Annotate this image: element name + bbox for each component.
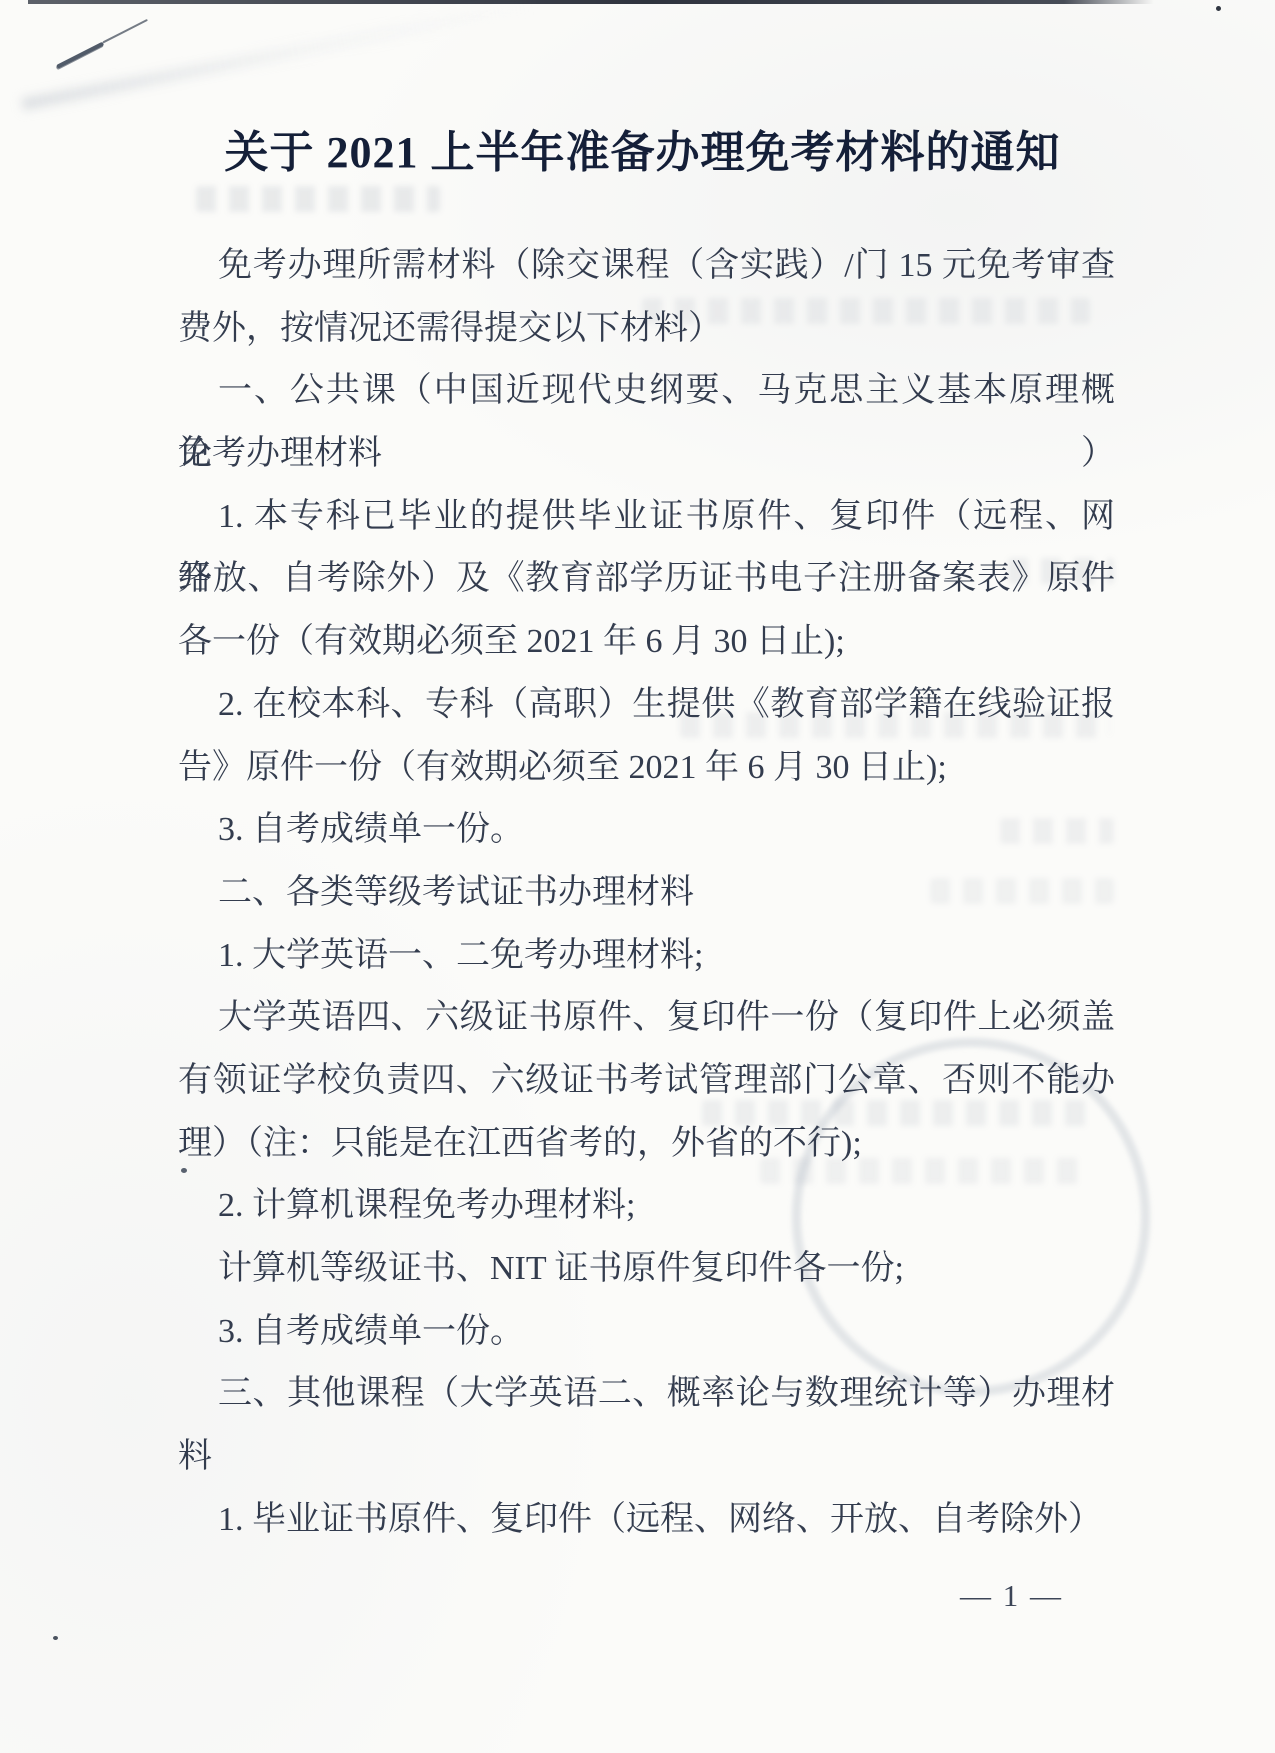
document-line: 1. 本专科已毕业的提供毕业证书原件、复印件（远程、网络、: [178, 486, 1115, 549]
scan-edge-artifact: [28, 0, 1154, 4]
document-line: 三、其他课程（大学英语二、概率论与数理统计等）办理材: [178, 1363, 1115, 1426]
document-line: 理）（注：只能是在江西省考的，外省的不行);: [178, 1113, 1115, 1176]
document-line: 二、各类等级考试证书办理材料: [178, 862, 1115, 925]
document-line: 2. 计算机课程免考办理材料;: [178, 1175, 1115, 1238]
document-line: 料: [178, 1426, 1115, 1489]
document-line: 一、公共课（中国近现代史纲要、马克思主义基本原理概论）: [178, 360, 1115, 423]
document-line: 开放、自考除外）及《教育部学历证书电子注册备案表》原件: [178, 548, 1115, 611]
page-number: — 1 —: [960, 1578, 1063, 1614]
document-line: 1. 大学英语一、二免考办理材料;: [178, 925, 1115, 988]
document-line: 各一份（有效期必须至 2021 年 6 月 30 日止);: [178, 611, 1115, 674]
bleed-through-smudge: [196, 186, 440, 212]
ink-dot: [53, 1636, 58, 1640]
paper-fold-shadow: [21, 0, 539, 111]
ink-dot: [1216, 6, 1221, 11]
document-title: 关于 2021 上半年准备办理免考材料的通知: [170, 124, 1115, 182]
document-line: 大学英语四、六级证书原件、复印件一份（复印件上必须盖: [178, 987, 1115, 1050]
document-body: 免考办理所需材料（除交课程（含实践）/门 15 元免考审查费外，按情况还需得提交…: [178, 235, 1115, 1551]
document-line: 1. 毕业证书原件、复印件（远程、网络、开放、自考除外）: [178, 1489, 1115, 1552]
document-line: 免考办理所需材料（除交课程（含实践）/门 15 元免考审查: [178, 235, 1115, 298]
pen-stroke-mark: [56, 42, 104, 69]
scanned-document-page: 关于 2021 上半年准备办理免考材料的通知 免考办理所需材料（除交课程（含实践…: [0, 0, 1275, 1753]
document-line: 费外，按情况还需得提交以下材料）: [178, 298, 1115, 361]
document-line: 计算机等级证书、NIT 证书原件复印件各一份;: [178, 1238, 1115, 1301]
document-line: 2. 在校本科、专科（高职）生提供《教育部学籍在线验证报: [178, 674, 1115, 737]
document-line: 3. 自考成绩单一份。: [178, 799, 1115, 862]
document-line: 3. 自考成绩单一份。: [178, 1301, 1115, 1364]
document-line: 告》原件一份（有效期必须至 2021 年 6 月 30 日止);: [178, 737, 1115, 800]
document-line: 有领证学校负责四、六级证书考试管理部门公章、否则不能办: [178, 1050, 1115, 1113]
